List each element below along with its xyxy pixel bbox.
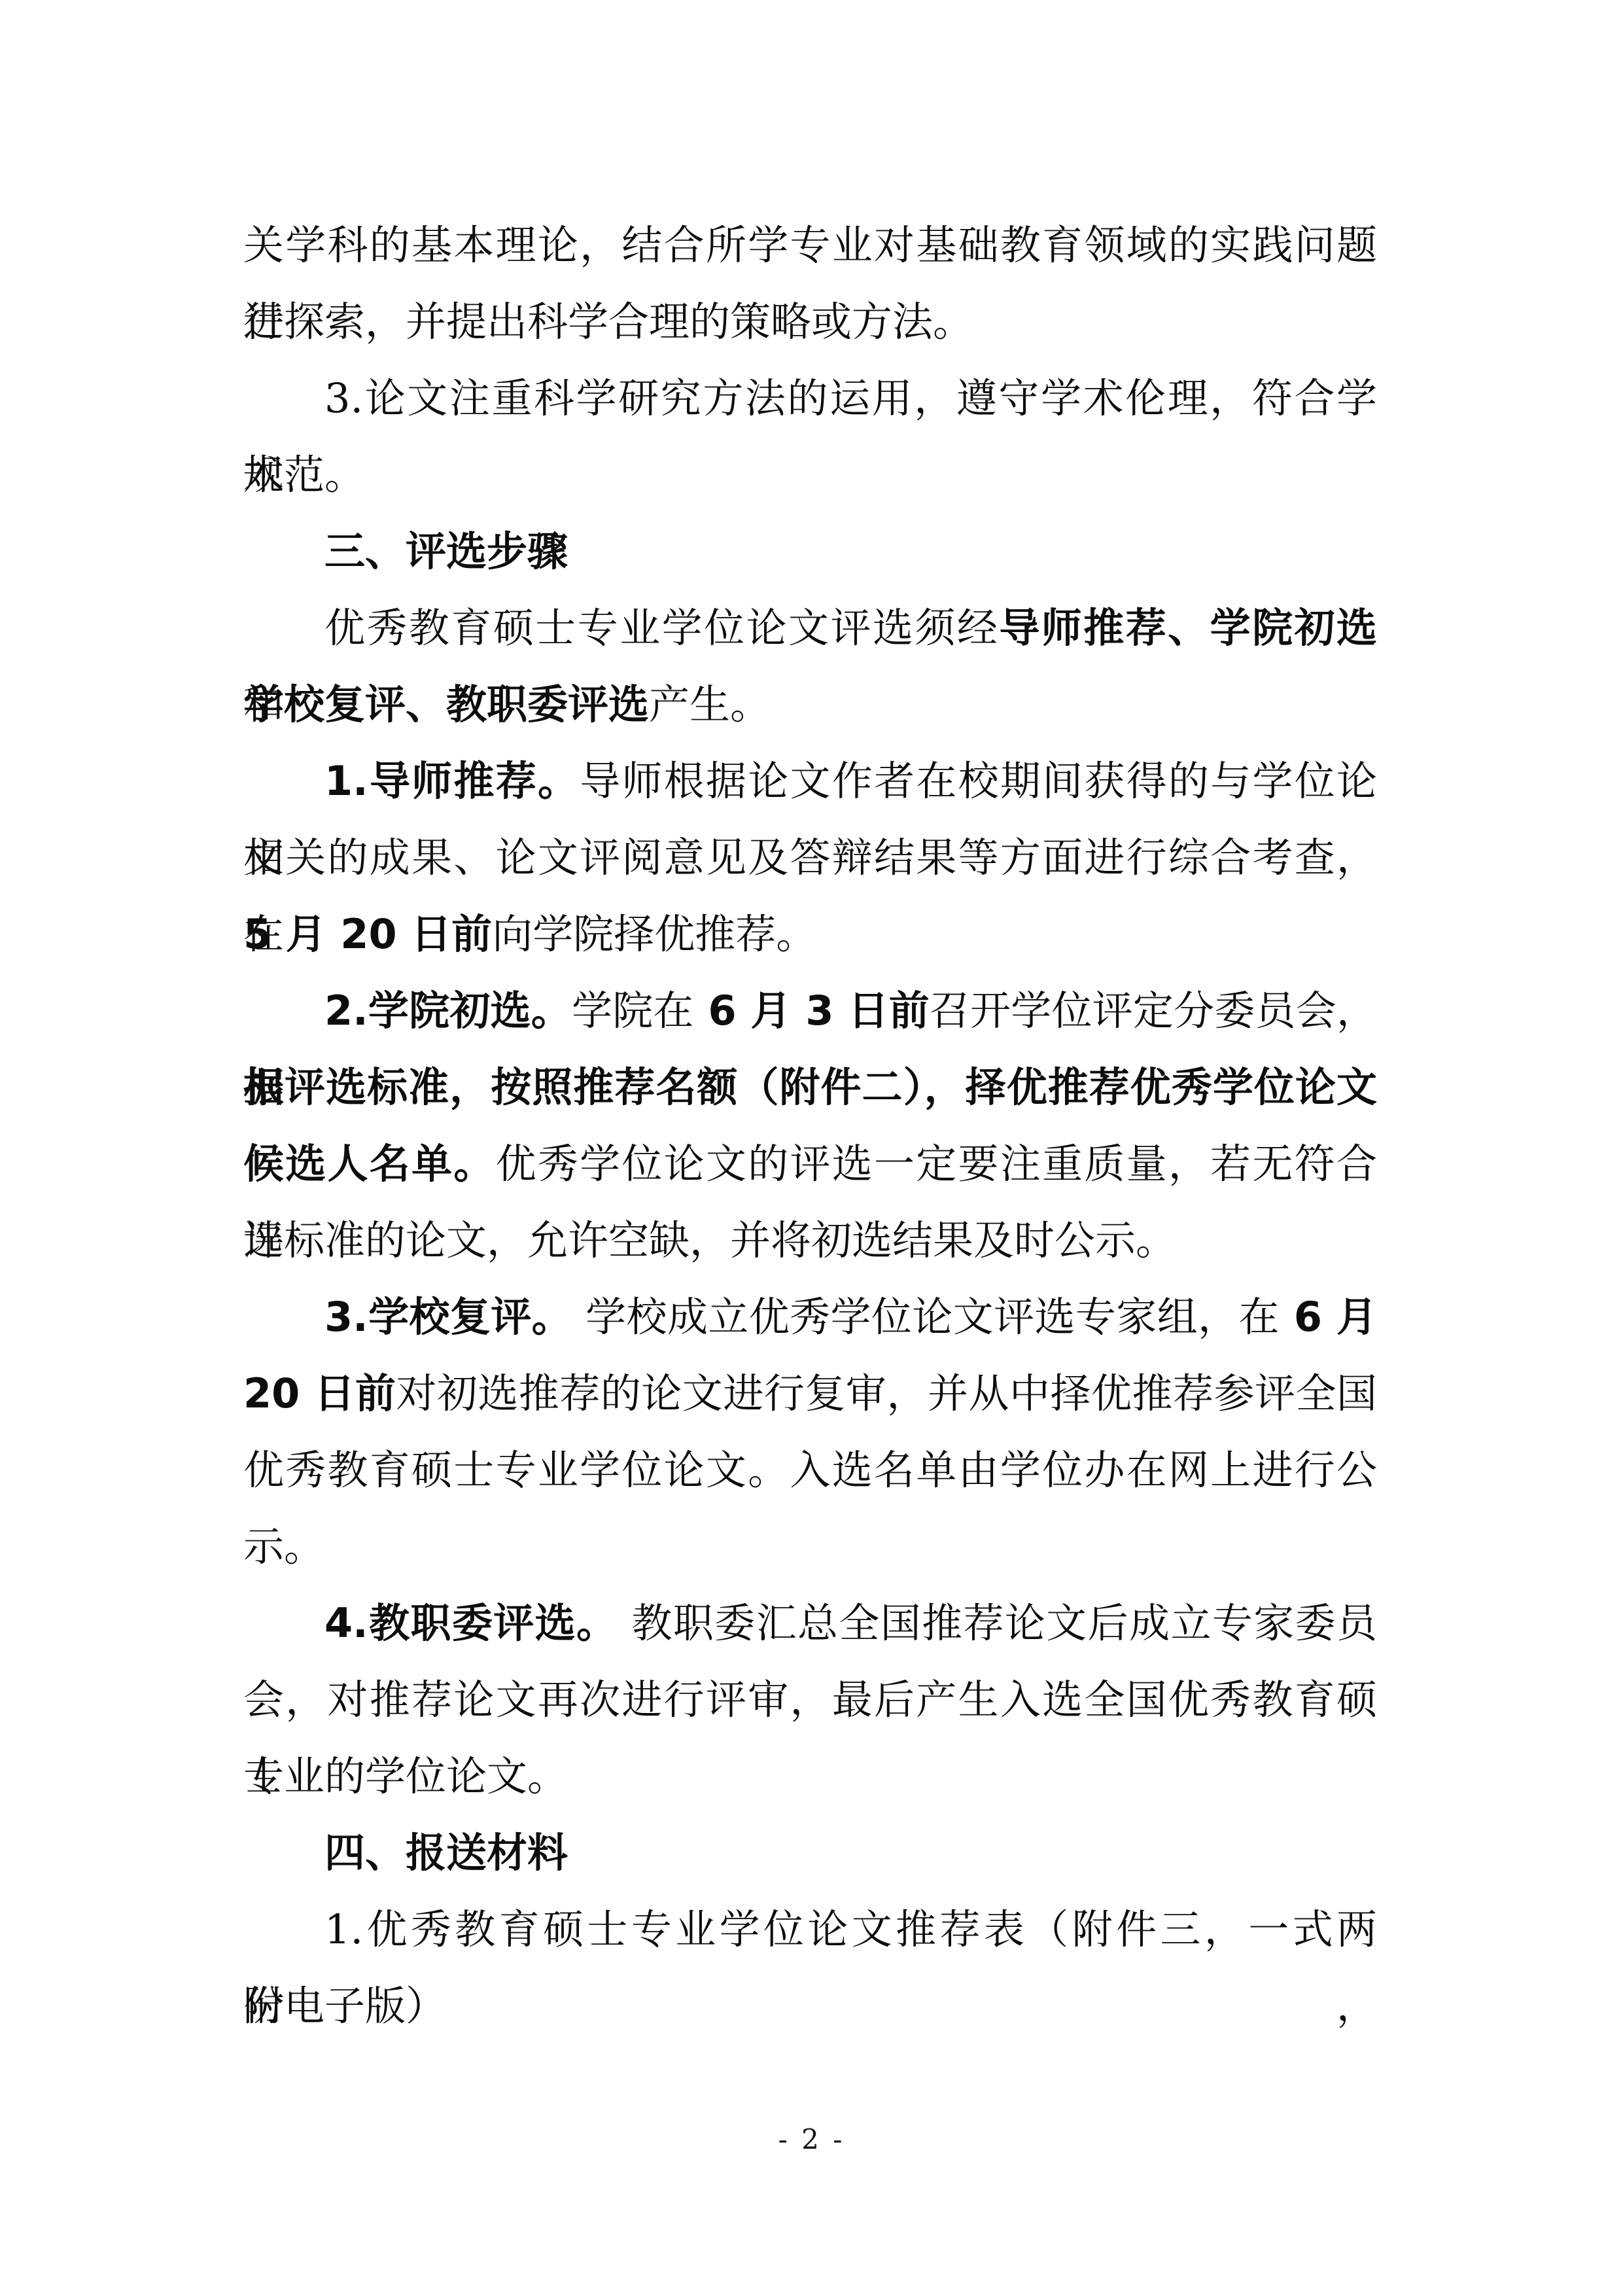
text-segment: 20 日前 (243, 1369, 396, 1417)
text-line: 据评选标准，按照推荐名额（附件二），择优推荐优秀学位论文 (243, 1049, 1377, 1125)
page-number: - 2 - (0, 2123, 1623, 2155)
text-line: 示。 (243, 1508, 1377, 1585)
text-line: 3.论文注重科学研究方法的运用，遵守学术伦理，符合学术 (243, 360, 1377, 436)
text-segment: 候选人名单。 (243, 1140, 496, 1188)
text-segment: 三、评选步骤 (324, 527, 568, 575)
text-segment: 专业的学位论文。 (243, 1752, 568, 1800)
text-segment: 据评选标准，按照推荐名额（附件二），择优推荐优秀学位论文 (243, 1063, 1377, 1111)
text-segment: 对初选推荐的论文进行复审，并从中择优推荐参评全国 (396, 1369, 1377, 1417)
text-segment: 产生。 (649, 680, 771, 728)
text-segment: 向学院择优推荐。 (492, 910, 816, 958)
text-segment: 学校复评、教职委评选 (243, 680, 649, 728)
text-segment: 四、报送材料 (324, 1829, 568, 1877)
text-line: 1.导师推荐。导师根据论文作者在校期间获得的与学位论文 (243, 743, 1377, 819)
text-line: 5 月 20 日前向学院择优推荐。 (243, 896, 1377, 972)
text-segment: 优秀教育硕士专业学位论文评选须经 (324, 604, 999, 652)
text-segment: 5 月 20 日前 (243, 910, 492, 958)
text-line: 1.优秀教育硕士专业学位论文推荐表（附件三，一式两份， (243, 1891, 1377, 1968)
text-segment: 优秀教育硕士专业学位论文。入选名单由学位办在网上进行公 (243, 1446, 1377, 1494)
text-segment: 召开学位评定分委员会， (930, 987, 1377, 1034)
text-segment: 2.学院初选。 (324, 987, 572, 1034)
document-page: 关学科的基本理论，结合所学专业对基础教育领域的实践问题进行探索，并提出科学合理的… (0, 0, 1623, 2296)
text-line: 规范。 (243, 436, 1377, 513)
text-line: 相关的成果、论文评阅意见及答辩结果等方面进行综合考查，在 (243, 819, 1377, 896)
text-segment: 学院在 (572, 987, 694, 1034)
text-line: 候选人名单。优秀学位论文的评选一定要注重质量，若无符合评 (243, 1125, 1377, 1202)
text-segment: 示。 (243, 1523, 324, 1570)
text-line: 关学科的基本理论，结合所学专业对基础教育领域的实践问题进 (243, 207, 1377, 283)
text-line: 选标准的论文，允许空缺，并将初选结果及时公示。 (243, 1202, 1377, 1279)
text-line: 优秀教育硕士专业学位论文评选须经导师推荐、学院初选和 (243, 590, 1377, 666)
text-line: 学校复评、教职委评选产生。 (243, 666, 1377, 743)
text-line: 三、评选步骤 (243, 513, 1377, 590)
text-segment: 4.教职委评选。 (324, 1599, 618, 1647)
text-line: 专业的学位论文。 (243, 1738, 1377, 1814)
text-line: 3.学校复评。 学校成立优秀学位论文评选专家组，在 6 月 (243, 1279, 1377, 1355)
text-segment: 附电子版） (243, 1982, 446, 2030)
text-line: 会，对推荐论文再次进行评审，最后产生入选全国优秀教育硕士 (243, 1661, 1377, 1738)
text-line: 行探索，并提出科学合理的策略或方法。 (243, 283, 1377, 360)
text-line: 20 日前对初选推荐的论文进行复审，并从中择优推荐参评全国 (243, 1355, 1377, 1432)
text-segment: 规范。 (243, 451, 365, 499)
text-line: 优秀教育硕士专业学位论文。入选名单由学位办在网上进行公 (243, 1432, 1377, 1508)
text-segment: 行探索，并提出科学合理的策略或方法。 (243, 298, 973, 345)
text-segment: 1.导师推荐。 (324, 757, 580, 805)
text-segment: 选标准的论文，允许空缺，并将初选结果及时公示。 (243, 1216, 1176, 1264)
text-segment: 6 月 3 日前 (694, 987, 930, 1034)
text-line: 2.学院初选。学院在 6 月 3 日前召开学位评定分委员会，根 (243, 972, 1377, 1049)
text-segment: 教职委汇总全国推荐论文后成立专家委员 (618, 1599, 1377, 1647)
document-body: 关学科的基本理论，结合所学专业对基础教育领域的实践问题进行探索，并提出科学合理的… (243, 207, 1377, 2044)
text-line: 四、报送材料 (243, 1814, 1377, 1891)
text-segment: 3.学校复评。 (324, 1293, 572, 1341)
text-segment: 导师推荐、学院初选 (999, 604, 1377, 652)
text-segment: 学校成立优秀学位论文评选专家组，在 (572, 1293, 1280, 1341)
text-segment: 6 月 (1280, 1293, 1377, 1341)
text-line: 4.教职委评选。 教职委汇总全国推荐论文后成立专家委员 (243, 1585, 1377, 1661)
